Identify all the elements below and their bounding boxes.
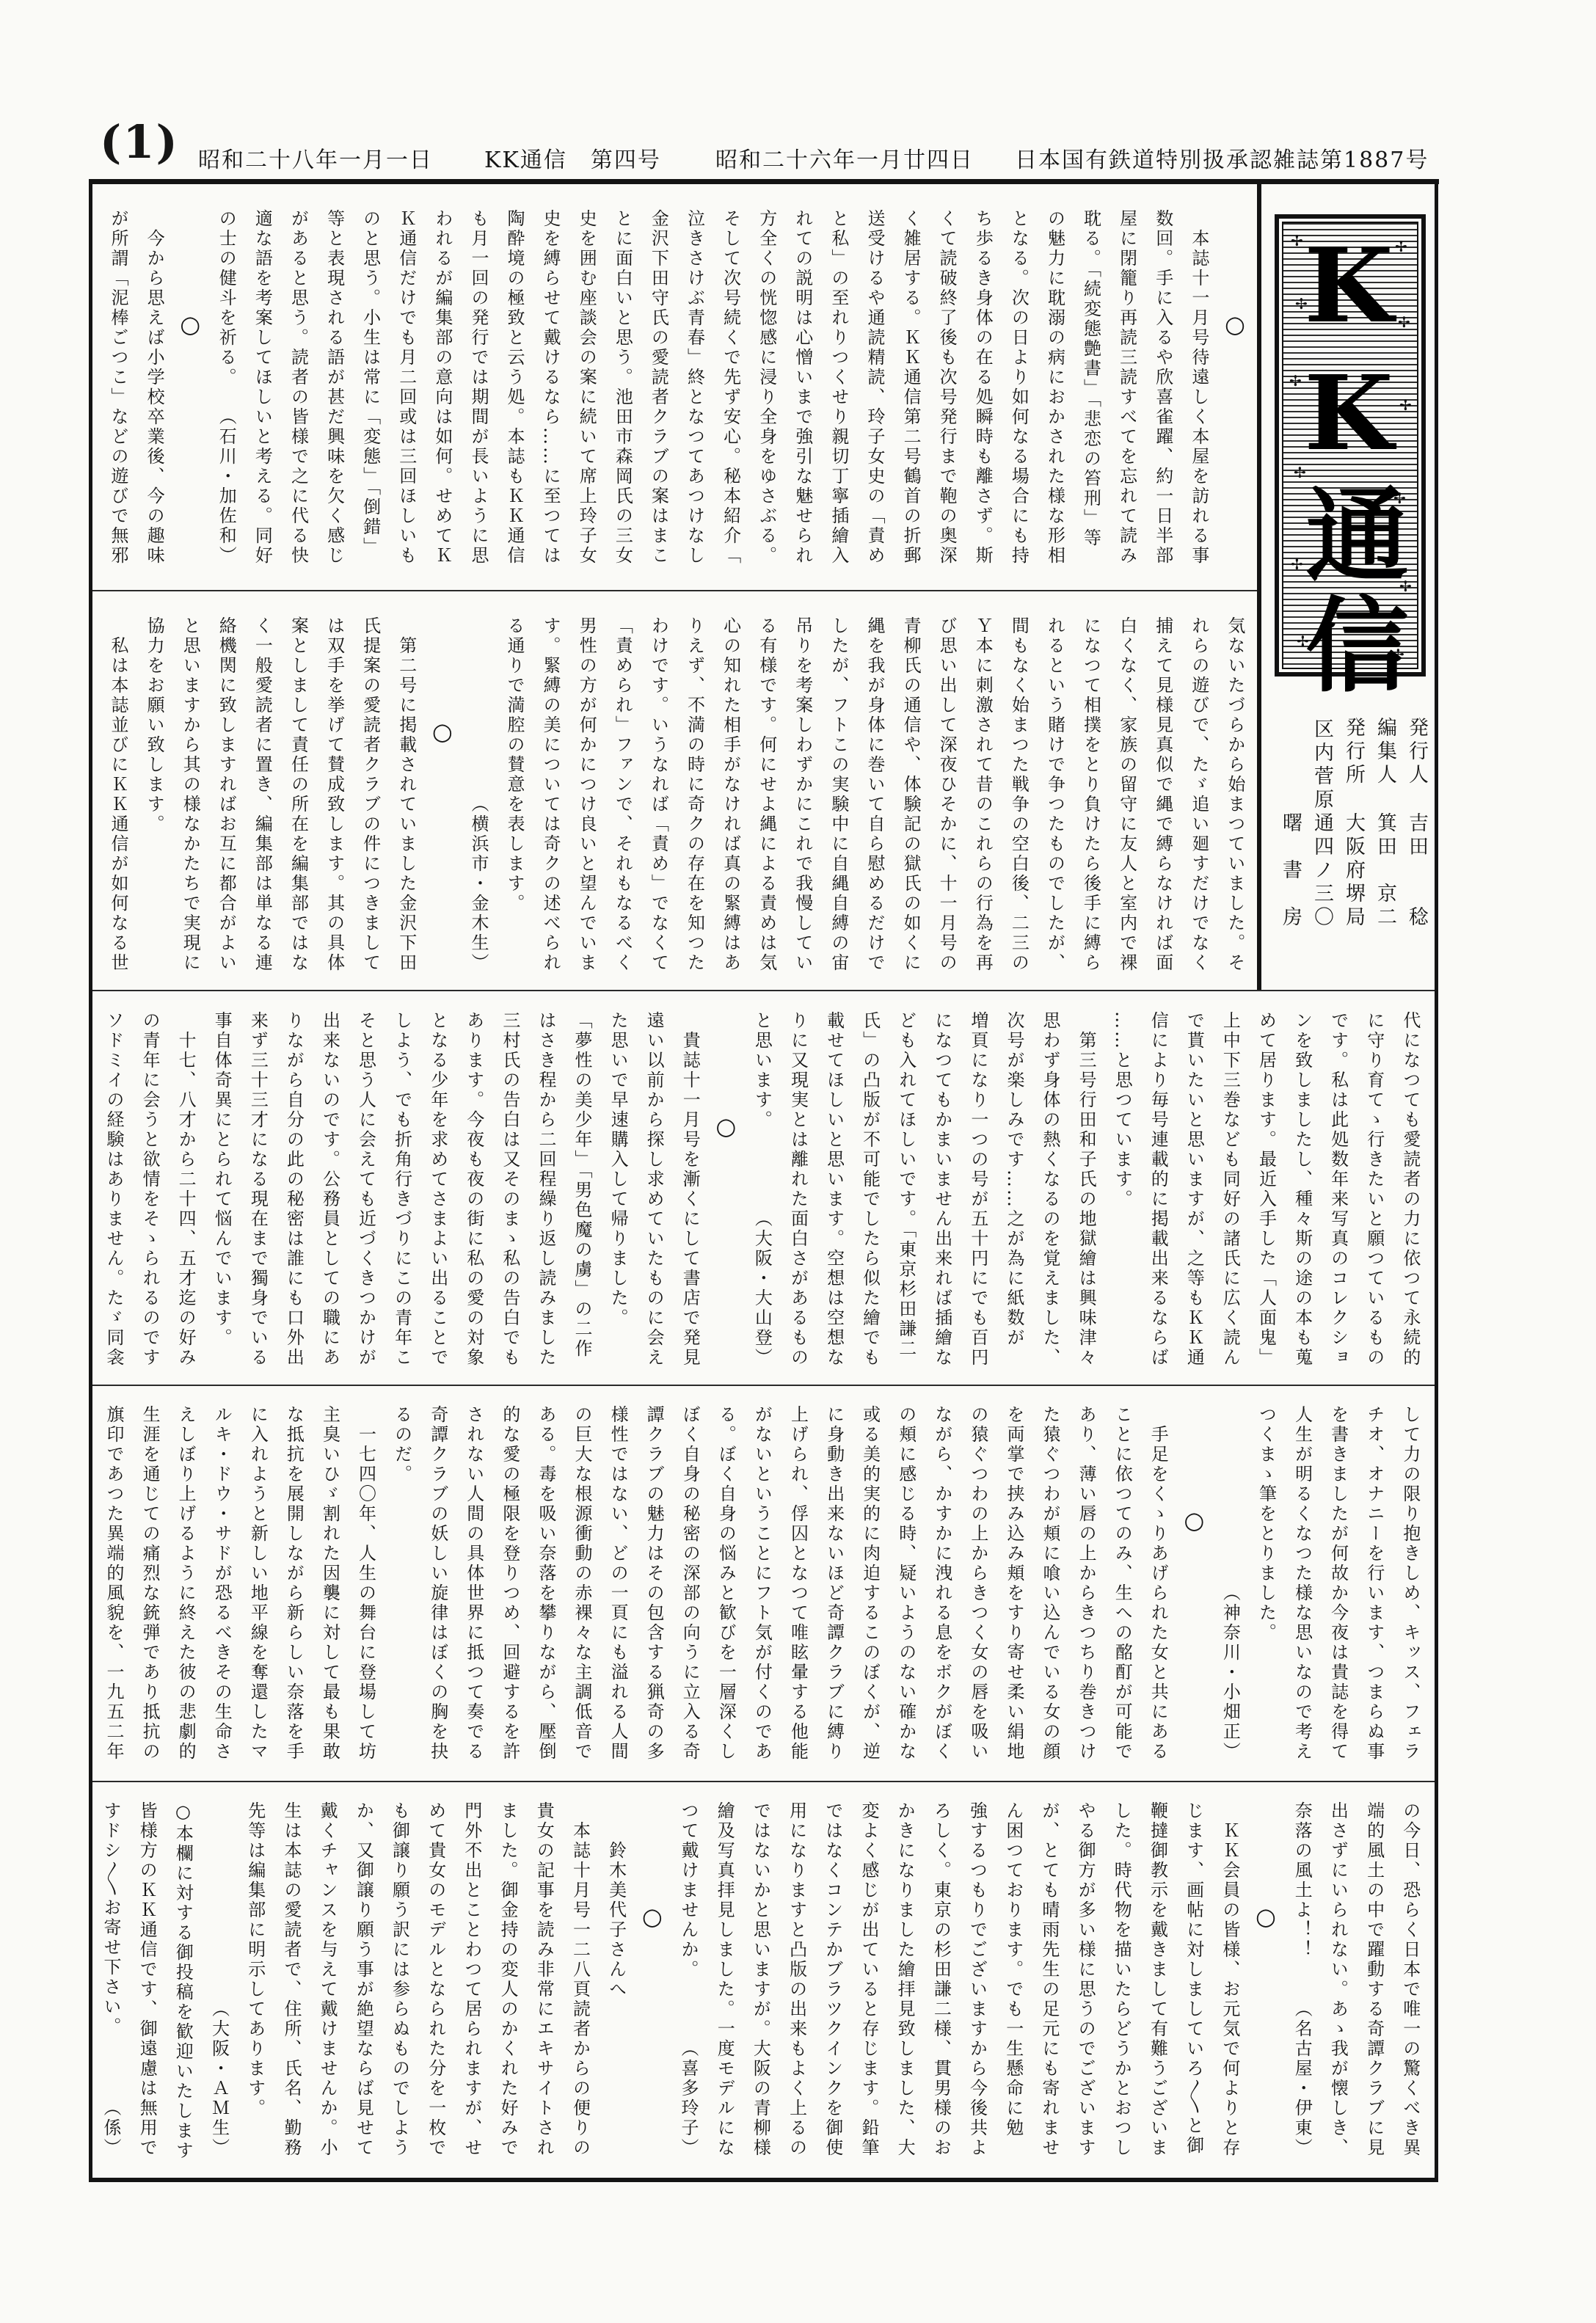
column-text: 代になつても愛読者の力に依つて永続的 xyxy=(1399,1011,1421,1368)
column-text: 鞭撻御教示を戴きまして有難うございま xyxy=(1146,1801,1168,2158)
column-text: の青年に会うと欲情をそゝられるのです xyxy=(139,1011,161,1368)
column-text: る。ぼく自身の悩みと歓びを一層深くし xyxy=(715,1405,737,1762)
text-column: ろしく。東京の杉田謙二様、貫男様のお xyxy=(930,1801,952,2158)
text-column: を両掌で挟み込み頬をすり寄せ柔い絹地 xyxy=(1003,1405,1025,1762)
text-column: 方全くの恍惚感に浸り全身をゆさぶる。 xyxy=(756,209,778,566)
text-column: 数回。手に入るや欣喜雀躍、約一日半部 xyxy=(1152,209,1174,566)
column-text: れらの遊びで、たゞ追い廻すだけでなく xyxy=(1188,616,1210,973)
byline: （神奈川・小畑正） xyxy=(1219,1583,1241,1762)
text-column: 捕えて見様見真似で縄で縛らなければ面 xyxy=(1152,616,1174,973)
band-rule-4 xyxy=(92,1781,1435,1782)
text-column: した。時代物を描いたらどうかとおつし xyxy=(1110,1801,1132,2158)
column-text: がないということにフト気が付くのであ xyxy=(751,1405,773,1762)
text-column: る有様です。何にせよ縄による責めは気 xyxy=(756,616,778,973)
office-address: 大阪府堺局 xyxy=(1342,812,1364,930)
text-column: 貴誌十一月号を漸くにして書店で発見 xyxy=(679,1011,701,1368)
column-text: 生涯を通じての痛烈な銃弾であり抵抗の xyxy=(139,1405,161,1762)
column-text: 吊りを考案しわずかにこれで我慢してい xyxy=(792,616,814,973)
office-address-cont: 区内菅原通四ノ三〇 xyxy=(1311,718,1333,930)
column-text: になつてもかまいません出来れば插繪な xyxy=(931,1011,953,1368)
text-column: 三村氏の告白は又そのまゝ私の告白でも xyxy=(499,1011,521,1368)
text-column: ある。毒を吸い奈落を攀りながら、壓倒 xyxy=(535,1405,557,1762)
column-text: になつて相撲をとり負けたら後手に縛ら xyxy=(1080,616,1102,973)
column-text: ん困つております。でも一生懸命に勉 xyxy=(1002,1801,1024,2138)
text-column: の青年に会うと欲情をそゝられるのです xyxy=(139,1011,161,1368)
text-column: じます、画帖に対しましていろ〱と御 xyxy=(1183,1801,1205,2158)
text-column: あります。今夜も夜の街に私の愛の対象 xyxy=(463,1011,485,1368)
column-text: ○ xyxy=(715,1112,737,1140)
text-column: そして次号続くで先ず安心。秘本紹介「 xyxy=(720,209,742,566)
column-text: と私」の至れりつくせり親切丁寧插繪入 xyxy=(828,209,850,566)
text-column: 第三号行田和子氏の地獄繪は興味津々 xyxy=(1075,1011,1097,1368)
masthead-title: KK通信 xyxy=(1283,226,1417,668)
text-column: 男性の方が何かにつけ良いと望んでいま xyxy=(575,616,597,973)
text-column: び思い出して深夜ひそかに、十一月号の xyxy=(936,616,958,973)
masthead-box: ✢ ✢ ✢ ✢ ✢ ✢ ✢ ✢ ✢ ✢ ✢ ✢ KK通信 xyxy=(1275,214,1426,677)
column-text: ことに依つてのみ、生への酩酊が可能で xyxy=(1111,1405,1133,1762)
text-column: のと思う。小生は常に「変態」「倒錯」 xyxy=(360,209,382,566)
text-column: 上げられ、俘囚となつて唯眩暈する他能 xyxy=(787,1405,809,1762)
text-column: れての説明は心憎いまで強引な魅せられ xyxy=(792,209,814,566)
text-column: 人生が明るくなつた様な思いなので考え xyxy=(1291,1405,1313,1762)
text-column: かきになりました繪拝見致しました、大 xyxy=(894,1801,916,2158)
text-column: ○ xyxy=(431,616,453,973)
text-column: ではなくコンテかブラツクインクを御使 xyxy=(822,1801,844,2158)
column-text: 白くなく、家族の留守に友人と室内で裸 xyxy=(1116,616,1138,973)
text-column: が所謂「泥棒ごつこ」などの遊びで無邪 xyxy=(107,209,129,566)
column-text: 主臭いひゞ割れた因襲に対して最も果敢 xyxy=(318,1405,340,1762)
column-text: る有様です。何にせよ縄による責めは気 xyxy=(756,616,778,973)
column-text: 用になりますと凸版の出来もよく上るの xyxy=(786,1801,808,2158)
column-text: 出さずにいられない。あゝ我が懐しき、 xyxy=(1327,1801,1349,2158)
masthead-divider xyxy=(1257,184,1261,991)
column-text: 今から思えば小学校卒業後、今の趣味 xyxy=(143,209,165,566)
text-column: ち歩るき身体の在る処瞬時も離さず。斯 xyxy=(972,209,994,566)
column-text: 出来ないのです。公務員としての職にあ xyxy=(318,1011,340,1368)
column-text: く一般愛読者に置き、編集部は単なる連 xyxy=(251,616,273,973)
column-text: と思いますから其の様なかたちで実現に xyxy=(179,616,201,973)
text-band-5: の今日、恐らく日本で唯一の驚くべき異端的風土の中で躍動する奇譚クラブに見出さずに… xyxy=(100,1801,1421,2158)
text-column: に身動き出来ないほど奇譚クラブに縛り xyxy=(823,1405,845,1762)
column-text: 奈落の風土よ！！ xyxy=(1291,1801,1313,1960)
text-column: の猿ぐつわの上からきつく女の唇を吸い xyxy=(967,1405,989,1762)
text-column: の巨大な根源衝動の赤裸々な主調低音で xyxy=(571,1405,593,1762)
column-text: る通りで満腔の賛意を表します。 xyxy=(503,616,525,913)
text-column: 門外不出とことわつて居られますが、せ xyxy=(461,1801,483,2158)
column-text: 泣きさけぶ青春」終となつてあつけなし xyxy=(684,209,706,566)
text-column: 先等は編集部に明示してあります。 xyxy=(244,1801,266,2158)
column-text: そと思う人に会えても近づくきつかけが xyxy=(355,1011,377,1368)
text-column: です。私は此処数年来写真のコレクショ xyxy=(1327,1011,1349,1368)
text-column: Ｙ本に刺激されて昔のこれらの行為を再 xyxy=(972,616,994,973)
byline: （石川・加佐和） xyxy=(215,407,237,566)
text-column: 主臭いひゞ割れた因襲に対して最も果敢 xyxy=(318,1405,340,1762)
column-text: 事自体奇異にとられて悩んでいます。 xyxy=(211,1011,233,1348)
text-column: 氏」の凸版が不可能でしたら似た繪でも xyxy=(859,1011,881,1368)
postal-permit: 日本国有鉄道特別扱承認雑誌第1887号 xyxy=(1015,149,1429,172)
column-text: やる御方が多い様に思うのでございます xyxy=(1074,1801,1096,2158)
text-column: やる御方が多い様に思うのでございます xyxy=(1074,1801,1096,2158)
text-column: ○ xyxy=(179,209,201,566)
publisher-value: 吉田 稔 xyxy=(1405,812,1427,930)
text-column: す。緊縛の美については奇クの述べられ xyxy=(539,616,561,973)
column-text: ある。毒を吸い奈落を攀りながら、壓倒 xyxy=(535,1405,557,1762)
column-text: 門外不出とことわつて居られますが、せ xyxy=(461,1801,483,2158)
column-text: ではなくコンテかブラツクインクを御使 xyxy=(822,1801,844,2158)
text-column: そと思う人に会えても近づくきつかけが xyxy=(355,1011,377,1368)
text-column: 強するつもりでございますから今後共よ xyxy=(966,1801,988,2158)
text-band-1: ○ 本誌十一月号待遠しく本屋を訪れる事数回。手に入るや欣喜雀躍、約一日半部屋に閉… xyxy=(107,209,1246,566)
text-column: 史を縛らせて戴けるなら……に至つては xyxy=(539,209,561,566)
text-column: に守り育てゝ行きたいと願つているもの xyxy=(1363,1011,1385,1368)
text-column: 等と表現される語が甚だ興味を欠く感じ xyxy=(324,209,346,566)
column-text: な抵抗を展開しながら新らしい奈落を手 xyxy=(283,1405,305,1762)
column-text: 縄を我が身体に巻いて自ら慰めるだけで xyxy=(864,616,886,973)
byline: （喜多玲子） xyxy=(677,2039,699,2158)
text-column: 譚クラブの魅力はその包含する猟奇の多 xyxy=(643,1405,665,1762)
text-column: 案としまして責任の所在を編集部ではな xyxy=(287,616,309,973)
text-column: 「責められ」ファンで、それもなるべく xyxy=(611,616,633,973)
text-column: して力の限り抱きしめ、キッス、フェラ xyxy=(1399,1405,1421,1762)
text-column: 陶酔境の極致と云う処。本誌もＫＫ通信 xyxy=(503,209,525,566)
text-column: ……と思つています。 xyxy=(1111,1011,1133,1368)
column-text: くて読破終了後も次号発行まで鞄の奥深 xyxy=(936,209,958,566)
text-column: 鈴木美代子さんへ xyxy=(605,1801,627,2158)
text-column: があると思う。読者の皆様で之に代る快 xyxy=(287,209,309,566)
column-text: るのだ。 xyxy=(391,1405,413,1484)
column-text: 心の知れた相手がなければ真の緊縛はあ xyxy=(720,616,742,973)
text-column: ○ xyxy=(1183,1405,1205,1762)
column-text: われるが編集部の意向は如何。せめてＫ xyxy=(431,209,453,566)
text-column: めて居ります。最近入手した「人面鬼」 xyxy=(1256,1011,1278,1368)
text-column: りに又現実とは離れた面白さがあるもの xyxy=(787,1011,809,1368)
text-column: 増頁になり一つの号が五十円にでも百円 xyxy=(967,1011,989,1368)
column-text: めて居ります。最近入手した「人面鬼」 xyxy=(1256,1011,1278,1368)
column-text: ○ xyxy=(1255,1903,1277,1930)
column-text: 増頁になり一つの号が五十円にでも百円 xyxy=(967,1011,989,1368)
column-text: ○ xyxy=(1183,1506,1205,1534)
text-column: になつて相撲をとり負けたら後手に縛ら xyxy=(1080,616,1102,973)
text-column: の頬に感じる時、疑いようのない確かな xyxy=(895,1405,917,1762)
text-column: を書きましたが何故か今夜は貴誌を得て xyxy=(1327,1405,1349,1762)
column-text: があると思う。読者の皆様で之に代る快 xyxy=(287,209,309,566)
text-column: 上中下三巻なども同好の諸氏に広く読ん xyxy=(1219,1011,1241,1368)
text-column: となる。次の日より如何なる場合にも持 xyxy=(1007,209,1030,566)
column-text: 生は本誌の愛読者で、住所、氏名、勤務 xyxy=(280,1801,302,2158)
column-text: 「責められ」ファンで、それもなるべく xyxy=(611,616,633,973)
publisher-name-line: 曙 書 房 xyxy=(1279,717,1301,930)
text-column: る。ぼく自身の悩みと歓びを一層深くし xyxy=(715,1405,737,1762)
column-text: ではないかと思いますが。大阪の青柳様 xyxy=(749,1801,771,2158)
text-column: ました。御金持の変人のかくれた好みで xyxy=(497,1801,519,2158)
text-column: われるが編集部の意向は如何。せめてＫ xyxy=(431,209,453,566)
text-column: 奈落の風土よ！！（名古屋・伊東） xyxy=(1291,1801,1313,2158)
column-text: ……と思つています。 xyxy=(1111,1011,1133,1209)
text-column: 鞭撻御教示を戴きまして有難うございま xyxy=(1146,1801,1168,2158)
text-column: 縄を我が身体に巻いて自ら慰めるだけで xyxy=(864,616,886,973)
text-column: 生涯を通じての痛烈な銃弾であり抵抗の xyxy=(139,1405,161,1762)
column-text: 間もなく始まつた戦争の空白後、二三の xyxy=(1007,616,1030,973)
column-text: 上げられ、俘囚となつて唯眩暈する他能 xyxy=(787,1405,809,1762)
column-text: 先等は編集部に明示してあります。 xyxy=(244,1801,266,2118)
text-column: 白くなく、家族の留守に友人と室内で裸 xyxy=(1116,616,1138,973)
text-column: ○ xyxy=(641,1801,663,2158)
text-column: チオ、オナニーを行います、つまらぬ事 xyxy=(1363,1405,1385,1762)
text-column: ○ xyxy=(1255,1801,1277,2158)
text-column: れるという賭けで争つたものでしたが、 xyxy=(1043,616,1065,973)
column-text: 鈴木美代子さんへ xyxy=(605,1801,627,1999)
column-text: で貰いたいと思いますが、之等もＫＫ通 xyxy=(1183,1011,1205,1368)
column-text: ソドミイの経験はありません。たゞ同衾 xyxy=(103,1011,125,1368)
text-column: 送受けるや通読精読、玲子女史の「責め xyxy=(864,209,886,566)
text-column: 生は本誌の愛読者で、住所、氏名、勤務 xyxy=(280,1801,302,2158)
publisher-label: 発行人 xyxy=(1405,717,1427,787)
text-column: 協力をお願い致します。 xyxy=(143,616,165,973)
column-text: ンを致しましたし、種々斯の途の本も蒐 xyxy=(1291,1011,1313,1368)
text-band-3: 代になつても愛読者の力に依つて永続的に守り育てゝ行きたいと願つているものです。私… xyxy=(103,1011,1421,1368)
column-text: 絡機関に致しますればお互に都合がよい xyxy=(215,616,237,973)
text-column: るのだ。 xyxy=(391,1405,413,1762)
column-text: りえず、不満の時に奇クの存在を知つた xyxy=(684,616,706,973)
page-number: (1) xyxy=(100,116,179,169)
text-column: 青柳氏の通信や、体験記の獄氏の如くに xyxy=(900,616,922,973)
text-column: も月一回の発行では期間が長いように思 xyxy=(467,209,489,566)
column-text: されない人間の具体世界に抵つて奏でる xyxy=(463,1405,485,1762)
column-text: つて戴けませんか。 xyxy=(677,1801,699,1980)
text-column: ん困つております。でも一生懸命に勉 xyxy=(1002,1801,1024,2158)
column-text: 第三号行田和子氏の地獄繪は興味津々 xyxy=(1075,1011,1097,1368)
text-column: 泣きさけぶ青春」終となつてあつけなし xyxy=(684,209,706,566)
column-text: すドシ〱お寄せ下さい。 xyxy=(100,1801,122,2037)
column-text: したが、フトこの実験中に自縄自縛の宙 xyxy=(828,616,850,973)
column-text: ○ xyxy=(1224,310,1246,338)
text-column: ○本欄に対する御投稿を歓迎いたします xyxy=(172,1801,194,2158)
column-text: ルキ・ドウ・サドが恐るべきその生命さ xyxy=(211,1405,233,1762)
column-text: となる。次の日より如何なる場合にも持 xyxy=(1007,209,1030,566)
column-text: ち歩るき身体の在る処瞬時も離さず。斯 xyxy=(972,209,994,566)
column-text: 本誌十一月号待遠しく本屋を訪れる事 xyxy=(1188,209,1210,566)
column-text: 遠い以前から探し求めていたものに会え xyxy=(643,1011,665,1368)
text-column: 思わず身体の熱くなるのを覚えました、 xyxy=(1039,1011,1061,1368)
text-column: 出来ないのです。公務員としての職にあ xyxy=(318,1011,340,1368)
column-text: 三村氏の告白は又そのまゝ私の告白でも xyxy=(499,1011,521,1368)
column-text: です。私は此処数年来写真のコレクショ xyxy=(1327,1011,1349,1368)
column-text: 耽る。「続変態艶書」「悲恋の笞刑」等 xyxy=(1080,209,1102,548)
text-column: 屋に閉籠り再読三読すべてを忘れて読み xyxy=(1116,209,1138,566)
column-text: た思いで早速購入して帰りました。 xyxy=(607,1011,629,1328)
column-text: の魅力に耽溺の病におかされた様な形相 xyxy=(1043,209,1065,566)
text-column: 耽る。「続変態艶書」「悲恋の笞刑」等 xyxy=(1080,209,1102,566)
column-text: じます、画帖に対しましていろ〱と御 xyxy=(1183,1801,1205,2156)
column-text: 金沢下田守氏の愛読者クラブの案はまこ xyxy=(647,209,669,566)
column-text: 載せてほしいと思います。空想は空想な xyxy=(823,1011,845,1368)
text-column: ○ xyxy=(1224,209,1246,566)
column-text: えしぼり上げるように終えた彼の悲劇的 xyxy=(175,1405,197,1762)
column-text: チオ、オナニーを行います、つまらぬ事 xyxy=(1363,1405,1385,1762)
office-label: 発行所 xyxy=(1342,717,1364,787)
column-text: ろしく。東京の杉田謙二様、貫男様のお xyxy=(930,1801,952,2158)
text-column: と思いますから其の様なかたちで実現に xyxy=(179,616,201,973)
column-text: 次号が楽しみです……之が為に紙数が xyxy=(1003,1011,1025,1348)
column-text: 等と表現される語が甚だ興味を欠く感じ xyxy=(324,209,346,566)
office-line: 発行所 大阪府堺局 xyxy=(1342,717,1364,930)
column-text: の巨大な根源衝動の赤裸々な主調低音で xyxy=(571,1405,593,1762)
text-column: 来ず三十三才になる現在まで獨身でいる xyxy=(247,1011,269,1368)
text-column: ながら、かすかに洩れる息をボクがぼく xyxy=(931,1405,953,1762)
column-text: とに面白いと思う。池田市森岡氏の三女 xyxy=(611,209,633,566)
text-column: されない人間の具体世界に抵つて奏でる xyxy=(463,1405,485,1762)
text-column: と思います。（大阪・大山登） xyxy=(751,1011,773,1368)
text-column: な抵抗を展開しながら新らしい奈落を手 xyxy=(283,1405,305,1762)
column-text: しよう、でも折角行きづりにこの青年こ xyxy=(391,1011,413,1368)
column-text: Ｙ本に刺激されて昔のこれらの行為を再 xyxy=(972,616,994,973)
text-column: 絡機関に致しますればお互に都合がよい xyxy=(215,616,237,973)
column-text: めて貴女のモデルとなられた分を一枚で xyxy=(425,1801,447,2158)
band-rule-3 xyxy=(92,1385,1435,1386)
byline: （横浜市・金木生） xyxy=(467,795,489,973)
text-column: したが、フトこの実験中に自縄自縛の宙 xyxy=(828,616,850,973)
column-text: 戴くチャンスを与えて戴けませんか。小 xyxy=(316,1801,338,2158)
column-text: した。時代物を描いたらどうかとおつし xyxy=(1110,1801,1132,2158)
column-text: りに又現実とは離れた面白さがあるもの xyxy=(787,1011,809,1368)
column-text: りながら自分の此の秘密は誰にも口外出 xyxy=(283,1011,305,1368)
text-column: る通りで満腔の賛意を表します。 xyxy=(503,616,525,973)
text-column: ルキ・ドウ・サドが恐るべきその生命さ xyxy=(211,1405,233,1762)
column-text: ○ xyxy=(641,1903,663,1930)
text-column: つくまゝ筆をとりました。 xyxy=(1256,1405,1278,1762)
text-column: 皆様方のＫＫ通信です、御遠慮は無用で xyxy=(136,1801,158,2158)
column-text: 或る美的実的に肉迫するこのぼくが、逆 xyxy=(859,1405,881,1762)
column-text: は双手を挙げて賛成致します。其の具体 xyxy=(324,616,346,973)
text-column: 本誌十一月号待遠しく本屋を訪れる事 xyxy=(1188,209,1210,566)
column-text: 案としまして責任の所在を編集部ではな xyxy=(287,616,309,973)
column-text: が所謂「泥棒ごつこ」などの遊びで無邪 xyxy=(107,209,129,566)
column-text: か、又御譲り願う事が絶望ならば見せて xyxy=(352,1801,374,2158)
column-text: かきになりました繪拝見致しました、大 xyxy=(894,1801,916,2158)
column-text: 屋に閉籠り再読三読すべてを忘れて読み xyxy=(1116,209,1138,566)
text-column: に入れようと新しい地平線を奪還したマ xyxy=(247,1405,269,1762)
text-column: 出さずにいられない。あゝ我が懐しき、 xyxy=(1327,1801,1349,2158)
text-column: ＫＫ会員の皆様、お元気で何よりと存 xyxy=(1219,1801,1241,2158)
column-text: び思い出して深夜ひそかに、十一月号の xyxy=(936,616,958,973)
column-text: 奇譚クラブの妖しい旋律はぼくの胸を抉 xyxy=(427,1405,449,1762)
column-text: あり、薄い唇の上からきつちり巻きつけ xyxy=(1075,1405,1097,1762)
text-column: 代になつても愛読者の力に依つて永続的 xyxy=(1399,1011,1421,1368)
text-column: 変よく感じが出ていると存じます。鉛筆 xyxy=(858,1801,880,2158)
column-text: も御譲り願う訳には参らぬものでしよう xyxy=(389,1801,411,2158)
text-column: 心の知れた相手がなければ真の緊縛はあ xyxy=(720,616,742,973)
byline: （名古屋・伊東） xyxy=(1291,1999,1313,2158)
column-text: 一七四〇年、人生の舞台に登場して坊 xyxy=(355,1405,377,1762)
column-text: 陶酔境の極致と云う処。本誌もＫＫ通信 xyxy=(503,209,525,566)
text-column: （大阪・ＡＭ生） xyxy=(208,1801,230,2158)
column-text: 譚クラブの魅力はその包含する猟奇の多 xyxy=(643,1405,665,1762)
column-text: 捕えて見様見真似で縄で縛らなければ面 xyxy=(1152,616,1174,973)
bottom-rule xyxy=(89,2178,1438,2182)
text-column: か、又御譲り願う事が絶望ならば見せて xyxy=(352,1801,374,2158)
permit-date: 昭和二十六年一月廿四日 xyxy=(715,149,974,172)
text-column: ではないかと思いますが。大阪の青柳様 xyxy=(749,1801,771,2158)
text-column: く雑居する。ＫＫ通信第二号鶴首の折郵 xyxy=(900,209,922,566)
byline: （大阪・大山登） xyxy=(751,1209,773,1368)
text-column: はさき程から二回程繰り返し読みました xyxy=(535,1011,557,1368)
text-column: ンを致しましたし、種々斯の途の本も蒐 xyxy=(1291,1011,1313,1368)
text-column: （横浜市・金木生） xyxy=(467,616,489,973)
column-text: 気ないたづらから始まつていました。そ xyxy=(1224,616,1246,973)
column-text: ＫＫ会員の皆様、お元気で何よりと存 xyxy=(1219,1801,1241,2158)
column-text: 第二号に掲載されていました金沢下田 xyxy=(396,616,418,973)
text-column: た猿ぐつわが頬に喰い込んでいる女の顔 xyxy=(1039,1405,1061,1762)
text-column: 繪及写真拝見しました。一度モデルにな xyxy=(713,1801,735,2158)
text-column: 信により毎号連載的に掲載出来るならば xyxy=(1147,1011,1169,1368)
text-column: 今から思えば小学校卒業後、今の趣味 xyxy=(143,209,165,566)
text-column: 吊りを考案しわずかにこれで我慢してい xyxy=(792,616,814,973)
column-text: 青柳氏の通信や、体験記の獄氏の如くに xyxy=(900,616,922,973)
column-text: 思わず身体の熱くなるのを覚えました、 xyxy=(1039,1011,1061,1368)
column-text: を書きましたが何故か今夜は貴誌を得て xyxy=(1327,1405,1349,1762)
column-text: 史を縛らせて戴けるなら……に至つては xyxy=(539,209,561,566)
text-column: と私」の至れりつくせり親切丁寧插繪入 xyxy=(828,209,850,566)
text-column: ○ xyxy=(715,1011,737,1368)
text-column: すドシ〱お寄せ下さい。（係） xyxy=(100,1801,122,2158)
column-text: はさき程から二回程繰り返し読みました xyxy=(535,1011,557,1368)
text-column: 十七、八才から二十四、五才迄の好み xyxy=(175,1011,197,1368)
column-text: に身動き出来ないほど奇譚クラブに縛り xyxy=(823,1405,845,1762)
text-column: あり、薄い唇の上からきつちり巻きつけ xyxy=(1075,1405,1097,1762)
column-text: 方全くの恍惚感に浸り全身をゆさぶる。 xyxy=(756,209,778,566)
column-text: そして次号続くで先ず安心。秘本紹介「 xyxy=(720,209,742,566)
left-border xyxy=(89,179,92,2182)
editor-value: 箕田 京二 xyxy=(1374,812,1396,930)
text-column: 用になりますと凸版の出来もよく上るの xyxy=(786,1801,808,2158)
text-column: の魅力に耽溺の病におかされた様な形相 xyxy=(1043,209,1065,566)
text-column: 載せてほしいと思います。空想は空想な xyxy=(823,1011,845,1368)
text-column: 奇譚クラブの妖しい旋律はぼくの胸を抉 xyxy=(427,1405,449,1762)
column-text: れての説明は心憎いまで強引な魅せられ xyxy=(792,209,814,566)
column-text: 氏」の凸版が不可能でしたら似た繪でも xyxy=(859,1011,881,1368)
column-text: ました。御金持の変人のかくれた好みで xyxy=(497,1801,519,2158)
text-column: 史を囲む座談会の案に続いて席上玲子女 xyxy=(575,209,597,566)
column-text: た猿ぐつわが頬に喰い込んでいる女の顔 xyxy=(1039,1405,1061,1762)
column-text: 男性の方が何かにつけ良いと望んでいま xyxy=(575,616,597,973)
column-text: 来ず三十三才になる現在まで獨身でいる xyxy=(247,1011,269,1368)
column-text: の頬に感じる時、疑いようのない確かな xyxy=(895,1405,917,1762)
text-column: 或る美的実的に肉迫するこのぼくが、逆 xyxy=(859,1405,881,1762)
text-band-2: 気ないたづらから始まつていました。それらの遊びで、たゞ追い廻すだけでなく捕えて見… xyxy=(107,616,1246,973)
text-column: は双手を挙げて賛成致します。其の具体 xyxy=(324,616,346,973)
text-column: くて読破終了後も次号発行まで鞄の奥深 xyxy=(936,209,958,566)
text-column: えしぼり上げるように終えた彼の悲劇的 xyxy=(175,1405,197,1762)
text-column: 事自体奇異にとられて悩んでいます。 xyxy=(211,1011,233,1368)
column-text: 史を囲む座談会の案に続いて席上玲子女 xyxy=(575,209,597,566)
text-column: となる少年を求めてさまよい出ることで xyxy=(427,1011,449,1368)
masthead-hatched-panel: ✢ ✢ ✢ ✢ ✢ ✢ ✢ ✢ ✢ ✢ ✢ ✢ KK通信 xyxy=(1282,222,1418,669)
column-text: す。緊縛の美については奇クの述べられ xyxy=(539,616,561,973)
column-text: わけです。いうなれば「責め」でなくて xyxy=(647,616,669,973)
column-text: を両掌で挟み込み頬をすり寄せ柔い絹地 xyxy=(1003,1405,1025,1762)
publisher-name: 曙 書 房 xyxy=(1279,812,1301,930)
text-column: になつてもかまいません出来れば插繪な xyxy=(931,1011,953,1368)
text-column: 氏提案の愛読者クラブの件につきまして xyxy=(360,616,382,973)
text-column: 端的風土の中で躍動する奇譚クラブに見 xyxy=(1363,1801,1385,2158)
column-text: の猿ぐつわの上からきつく女の唇を吸い xyxy=(967,1405,989,1762)
text-column: Ｋ通信だけでも月二回或は三回ほしいも xyxy=(396,209,418,566)
text-column: 次号が楽しみです……之が為に紙数が xyxy=(1003,1011,1025,1368)
column-text: 送受けるや通読精読、玲子女史の「責め xyxy=(864,209,886,566)
column-text: 人生が明るくなつた様な思いなので考え xyxy=(1291,1405,1313,1762)
column-text: も月一回の発行では期間が長いように思 xyxy=(467,209,489,566)
column-text: ぼく自身の秘密の深部の向うに立入る奇 xyxy=(679,1405,701,1762)
